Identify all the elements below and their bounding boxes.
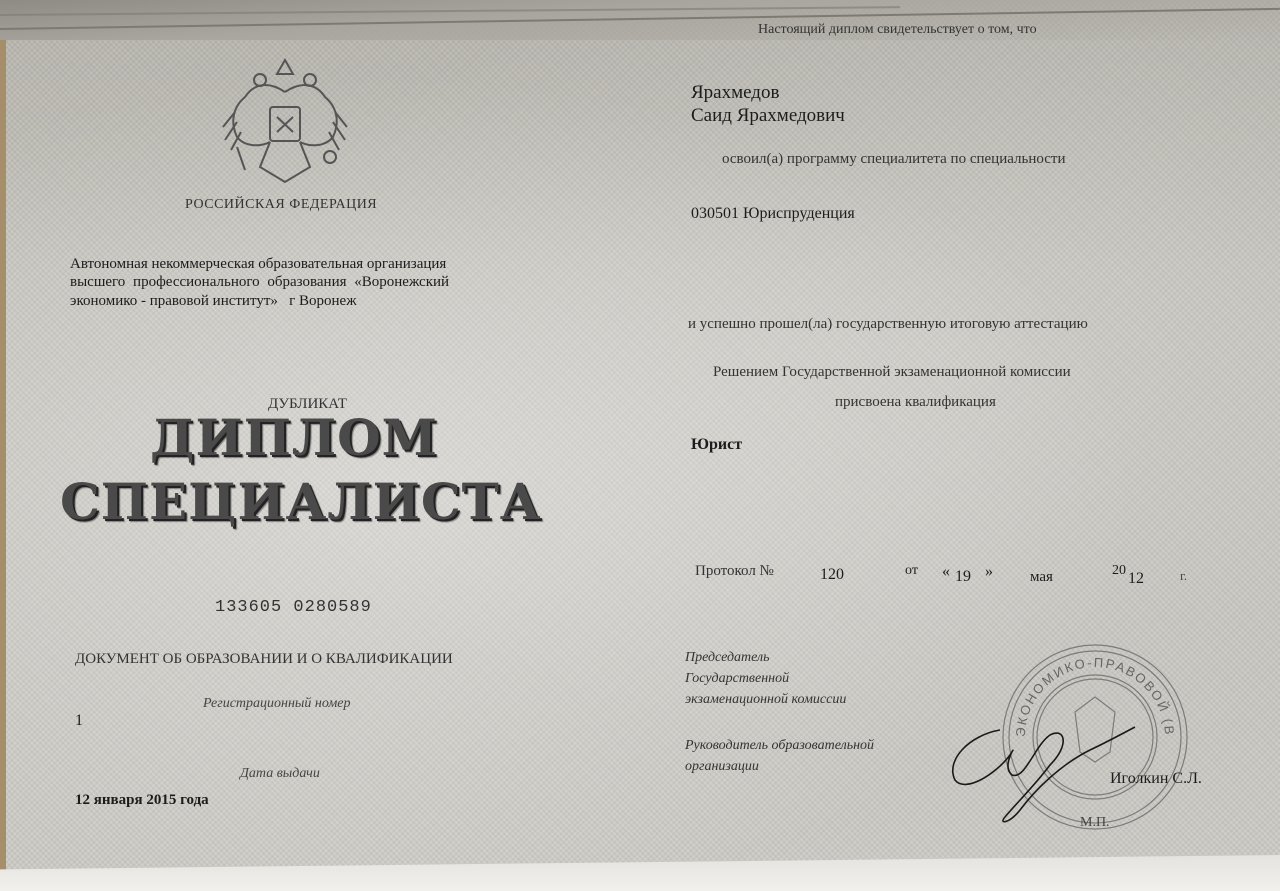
intro-text: Настоящий диплом свидетельствует о том, …	[758, 22, 1037, 38]
protocol-day-open: «	[942, 563, 950, 581]
protocol-year-prefix: 20	[1112, 563, 1126, 579]
document-type: ДОКУМЕНТ ОБ ОБРАЗОВАНИИ И О КВАЛИФИКАЦИИ	[75, 651, 453, 668]
registration-label: Регистрационный номер	[203, 696, 350, 712]
title-specialist: СПЕЦИАЛИСТА	[60, 472, 542, 531]
serial-number: 133605 0280589	[215, 598, 372, 617]
protocol-label: Протокол №	[695, 563, 774, 580]
country-name: РОССИЙСКАЯ ФЕДЕРАЦИЯ	[185, 197, 377, 213]
issue-date-label: Дата выдачи	[240, 766, 320, 782]
head-label-1: Руководитель образовательной	[685, 738, 874, 754]
paper-fold-shadow	[0, 0, 1280, 40]
protocol-year-label: г.	[1180, 568, 1187, 584]
institution-line-3: экономико - правовой институт» г Воронеж	[70, 293, 357, 310]
chairman-label-3: экзаменационной комиссии	[685, 692, 846, 708]
qualification: Юрист	[691, 436, 742, 454]
decision-line-2: присвоена квалификация	[835, 394, 996, 411]
protocol-month: мая	[1030, 569, 1053, 586]
registration-number: 1	[75, 712, 83, 730]
protocol-year-suffix: 12	[1128, 570, 1144, 588]
protocol-day-close: »	[985, 563, 993, 581]
institution-line-2: высшего профессионального образования «В…	[70, 274, 449, 291]
signatory-name: Иголкин С.Л.	[1110, 770, 1202, 788]
issue-date: 12 января 2015 года	[75, 792, 209, 809]
paper-bottom-edge	[0, 855, 1280, 891]
chairman-label-1: Председатель	[685, 650, 770, 666]
head-label-2: организации	[685, 759, 759, 775]
seal-place-label: М.П.	[1080, 815, 1110, 831]
chairman-label-2: Государственной	[685, 671, 789, 687]
signature-icon	[940, 705, 1140, 825]
title-diploma: ДИПЛОМ	[150, 408, 438, 467]
graduate-given-names: Саид Ярахмедович	[691, 105, 845, 127]
attestation-text: и успешно прошел(ла) государственную ито…	[688, 316, 1088, 333]
program-text: освоил(а) программу специалитета по спец…	[722, 151, 1065, 168]
specialty: 030501 Юриспруденция	[691, 205, 855, 223]
institution-line-1: Автономная некоммерческая образовательна…	[70, 255, 446, 274]
coat-of-arms-icon	[215, 52, 355, 192]
protocol-from-label: от	[905, 563, 918, 579]
diploma-document: РОССИЙСКАЯ ФЕДЕРАЦИЯ Автономная некоммер…	[0, 0, 1280, 891]
protocol-day: 19	[955, 568, 971, 586]
table-edge	[0, 40, 6, 891]
protocol-number: 120	[820, 566, 844, 584]
decision-line-1: Решением Государственной экзаменационной…	[713, 364, 1071, 381]
graduate-surname: Ярахмедов	[691, 82, 779, 104]
